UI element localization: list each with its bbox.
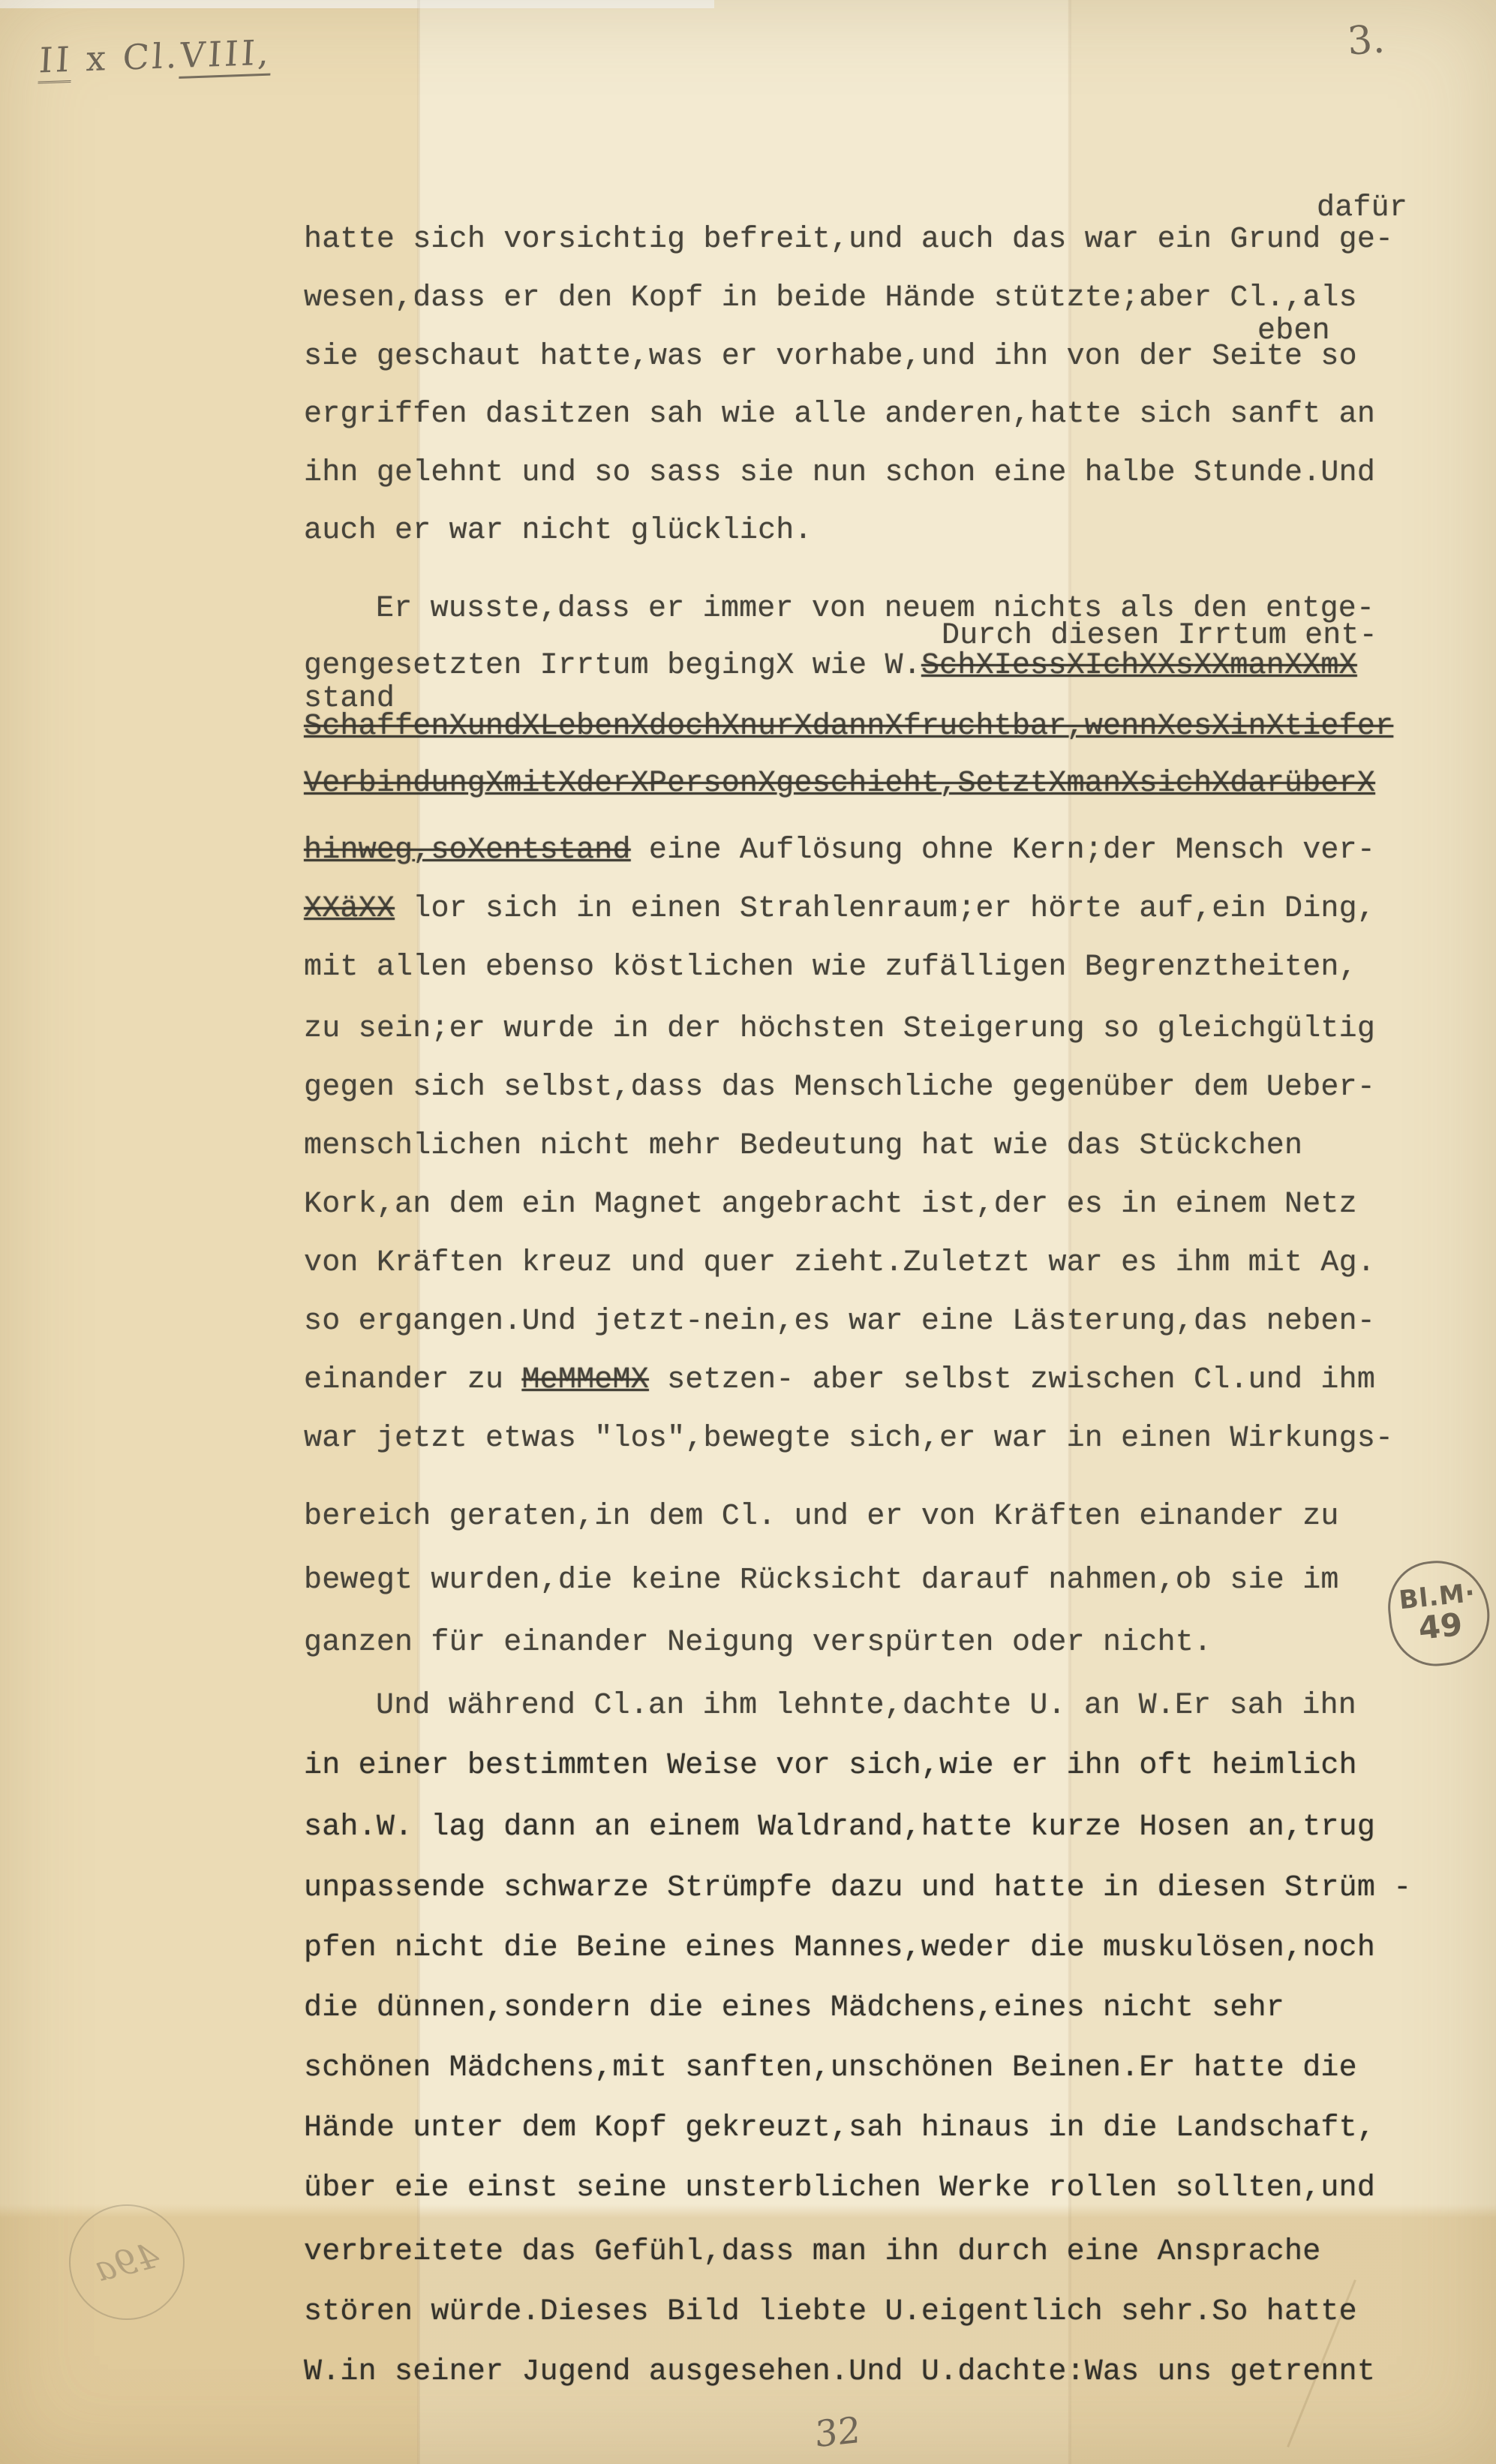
typed-line: mit allen ebenso köstlichen wie zufällig…: [304, 951, 1357, 985]
typed-line-with-deletion: gengesetzten Irrtum begingX wie W.SchXIe…: [304, 650, 1357, 684]
typed-line: sie geschaut hatte,was er vorhabe,und ih…: [304, 341, 1357, 374]
typed-line: bewegt wurden,die keine Rücksicht darauf…: [304, 1564, 1339, 1598]
typed-line: zu sein;er wurde in der höchsten Steiger…: [304, 1013, 1375, 1047]
scan-edge-artifact: [0, 0, 714, 8]
typed-line: ganzen für einander Neigung verspürten o…: [304, 1627, 1212, 1660]
typed-line: pfen nicht die Beine eines Mannes,weder …: [304, 1932, 1375, 1966]
bottom-folio-number: 32: [815, 2409, 861, 2456]
typed-text: gengesetzten Irrtum begingX wie W.: [304, 649, 921, 683]
typed-line: menschlichen nicht mehr Bedeutung hat wi…: [304, 1130, 1302, 1164]
page-number: 3.: [1346, 17, 1386, 64]
insertion-dafuer: dafür: [1317, 192, 1407, 226]
overstruck-text: hinweg,soXentstand: [304, 834, 631, 867]
typed-line: wesen,dass er den Kopf in beide Hände st…: [304, 282, 1357, 316]
verso-bleedthrough-stamp: 49a: [57, 2192, 197, 2333]
typed-line: sah.W. lag dann an einem Waldrand,hatte …: [304, 1811, 1375, 1845]
typed-line: war jetzt etwas "los",bewegte sich,er wa…: [304, 1423, 1393, 1456]
archive-code-roman-ii: II: [38, 39, 73, 84]
overstruck-word: MeMMeMX: [521, 1363, 648, 1397]
typed-line: in einer bestimmten Weise vor sich,wie e…: [304, 1750, 1357, 1783]
overstruck-text: XXäXX: [304, 892, 395, 926]
typed-line-with-deletion: einander zu MeMMeMX setzen- aber selbst …: [304, 1364, 1375, 1398]
typed-line: auch er war nicht glücklich.: [304, 515, 813, 548]
typed-line: W.in seiner Jugend ausgesehen.Und U.dach…: [304, 2356, 1375, 2390]
typed-line: gegen sich selbst,dass das Menschliche g…: [304, 1071, 1375, 1105]
typed-line: von Kräften kreuz und quer zieht.Zuletzt…: [304, 1247, 1375, 1281]
archive-code: II x Cl.VIII,: [38, 32, 273, 81]
typed-line: stören würde.Dieses Bild liebte U.eigent…: [304, 2296, 1357, 2330]
stamp-number: 49: [1417, 1609, 1464, 1645]
typed-text: lor sich in einen Strahlenraum;er hörte …: [395, 892, 1375, 926]
typed-line: so ergangen.Und jetzt-nein,es war eine L…: [304, 1306, 1375, 1339]
typed-text: setzen- aber selbst zwischen Cl.und ihm: [649, 1363, 1375, 1397]
sheet-number-stamp: Bl.M· 49: [1383, 1555, 1494, 1670]
typed-line-with-deletion: hinweg,soXentstand eine Auflösung ohne K…: [304, 834, 1375, 868]
typed-line: verbreitete das Gefühl,dass man ihn durc…: [304, 2236, 1320, 2270]
typed-line: Kork,an dem ein Magnet angebracht ist,de…: [304, 1188, 1357, 1222]
typed-text: einander zu: [304, 1363, 521, 1397]
typed-line: hatte sich vorsichtig befreit,und auch d…: [304, 224, 1393, 257]
typed-line: bereich geraten,in dem Cl. und er von Kr…: [304, 1501, 1339, 1534]
typed-line: Hände unter dem Kopf gekreuzt,sah hinaus…: [304, 2112, 1375, 2146]
typed-line-with-deletion: XXäXX lor sich in einen Strahlenraum;er …: [304, 893, 1375, 927]
overstruck-text: SchXIessXIchXXsXXmanXXmX: [921, 649, 1357, 683]
typed-line: über eie einst seine unsterblichen Werke…: [304, 2172, 1375, 2206]
archive-code-roman-viii: VIII,: [179, 32, 272, 79]
archive-code-middle: x Cl.: [71, 35, 181, 80]
typed-line: unpassende schwarze Strümpfe dazu und ha…: [304, 1872, 1411, 1906]
typed-line-paragraph-start: Und während Cl.an ihm lehnte,dachte U. a…: [376, 1690, 1356, 1723]
typed-line: schönen Mädchens,mit sanften,unschönen B…: [304, 2052, 1357, 2086]
deleted-line: VerbindungXmitXderXPersonXgeschieht,Setz…: [304, 768, 1375, 801]
typed-line: ergriffen dasitzen sah wie alle anderen,…: [304, 398, 1375, 432]
typed-text: eine Auflösung ohne Kern;der Mensch ver-: [631, 834, 1375, 867]
typed-line: die dünnen,sondern die eines Mädchens,ei…: [304, 1992, 1284, 2026]
typed-line: ihn gelehnt und so sass sie nun schon ei…: [304, 457, 1375, 491]
deleted-line: SchaffenXundXLebenXdochXnurXdannXfruchtb…: [304, 711, 1393, 744]
manuscript-page: II x Cl.VIII, 3. dafür hatte sich vorsic…: [0, 0, 1496, 2464]
